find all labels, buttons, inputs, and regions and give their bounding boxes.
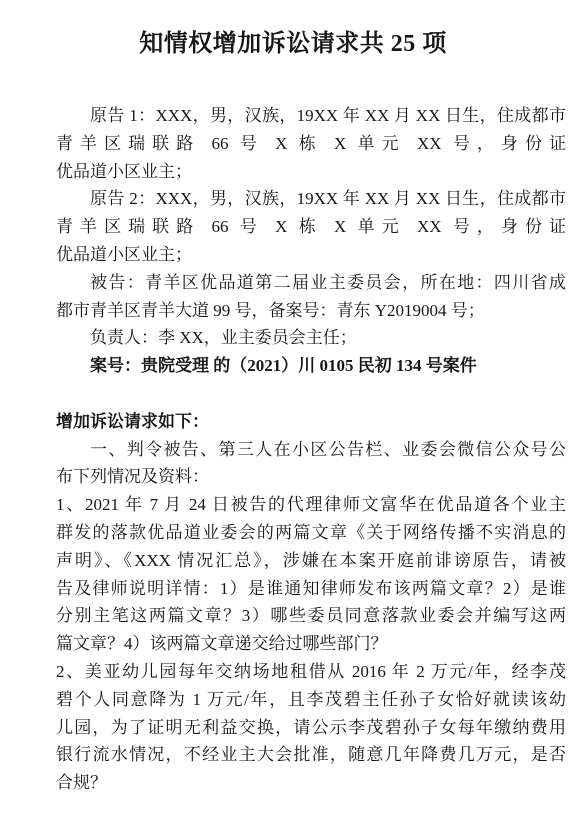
blank-line [56,380,566,408]
paragraph-item-2: 2、美亚幼儿园每年交纳场地租借从 2016 年 2 万元/年，经李茂碧个人同意降… [56,658,566,797]
text-line: 银行流水情况，不经业主大会批准，随意几年降费几万元，是否 [56,741,566,769]
paragraph-plaintiff-2: 原告 2：XXX，男，汉族，19XX 年 XX 月 XX 日生，住成都市青羊区瑞… [56,185,566,268]
text-line: 原告 1：XXX，男，汉族，19XX 年 XX 月 XX 日生，住成都市 [56,102,566,130]
text-line: 案号：贵院受理 的（2021）川 0105 民初 134 号案件 [56,352,566,380]
text-line: 碧个人同意降为 1 万元/年，且李茂碧主任孙子女恰好就读该幼 [56,686,566,714]
text-line: 1、2021 年 7 月 24 日被告的代理律师文富华在优品道各个业主 [56,491,566,519]
paragraph-claims-heading: 增加诉讼请求如下： [56,408,566,436]
text-line: 原告 2：XXX，男，汉族，19XX 年 XX 月 XX 日生，住成都市 [56,185,566,213]
document-body: 原告 1：XXX，男，汉族，19XX 年 XX 月 XX 日生，住成都市青羊区瑞… [56,102,566,797]
paragraph-plaintiff-1: 原告 1：XXX，男，汉族，19XX 年 XX 月 XX 日生，住成都市青羊区瑞… [56,102,566,185]
text-line: 被告：青羊区优品道第二届业主委员会，所在地：四川省成 [56,269,566,297]
text-line: 优品道小区业主； [56,241,566,269]
paragraph-item-1: 1、2021 年 7 月 24 日被告的代理律师文富华在优品道各个业主群发的落款… [56,491,566,658]
text-line: 2、美亚幼儿园每年交纳场地租借从 2016 年 2 万元/年，经李茂 [56,658,566,686]
text-line: 一、判令被告、第三人在小区公告栏、业委会微信公众号公 [56,436,566,464]
paragraph-person-in-charge: 负责人：李 XX，业主委员会主任； [56,324,566,352]
paragraph-defendant: 被告：青羊区优品道第二届业主委员会，所在地：四川省成都市青羊区青羊大道 99 号… [56,269,566,325]
text-line: 增加诉讼请求如下： [56,408,566,436]
paragraph-blank-separator [56,380,566,408]
document-page: 知情权增加诉讼请求共 25 项 原告 1：XXX，男，汉族，19XX 年 XX … [0,0,586,837]
text-line: 儿园，为了证明无利益交换，请公示李茂碧孙子女每年缴纳费用 [56,714,566,742]
paragraph-case-number: 案号：贵院受理 的（2021）川 0105 民初 134 号案件 [56,352,566,380]
text-line: 优品道小区业主； [56,158,566,186]
text-line: 告及律师说明详情：1）是谁通知律师发布该两篇文章？2）是谁 [56,575,566,603]
text-line: 青羊区瑞联路 66 号 X 栋 X 单元 XX 号，身份证号:XXXXXXXXX… [56,213,566,241]
text-line: 群发的落款优品道业委会的两篇文章《关于网络传播不实消息的 [56,519,566,547]
text-line: 合规？ [56,769,566,797]
text-line: 负责人：李 XX，业主委员会主任； [56,324,566,352]
text-line: 篇文章？4）该两篇文章递交给过哪些部门？ [56,630,566,658]
text-line: 布下列情况及资料： [56,463,566,491]
document-title: 知情权增加诉讼请求共 25 项 [0,27,586,61]
text-line: 分别主笔这两篇文章？3）哪些委员同意落款业委会并编写这两 [56,602,566,630]
text-line: 声明》、《XXX 情况汇总》，涉嫌在本案开庭前诽谤原告，请被 [56,547,566,575]
text-line: 青羊区瑞联路 66 号 X 栋 X 单元 XX 号，身份证号:XXXXXXXXX… [56,130,566,158]
paragraph-claim-intro: 一、判令被告、第三人在小区公告栏、业委会微信公众号公布下列情况及资料： [56,436,566,492]
text-line: 都市青羊区青羊大道 99 号，备案号：青东 Y2019004 号； [56,297,566,325]
